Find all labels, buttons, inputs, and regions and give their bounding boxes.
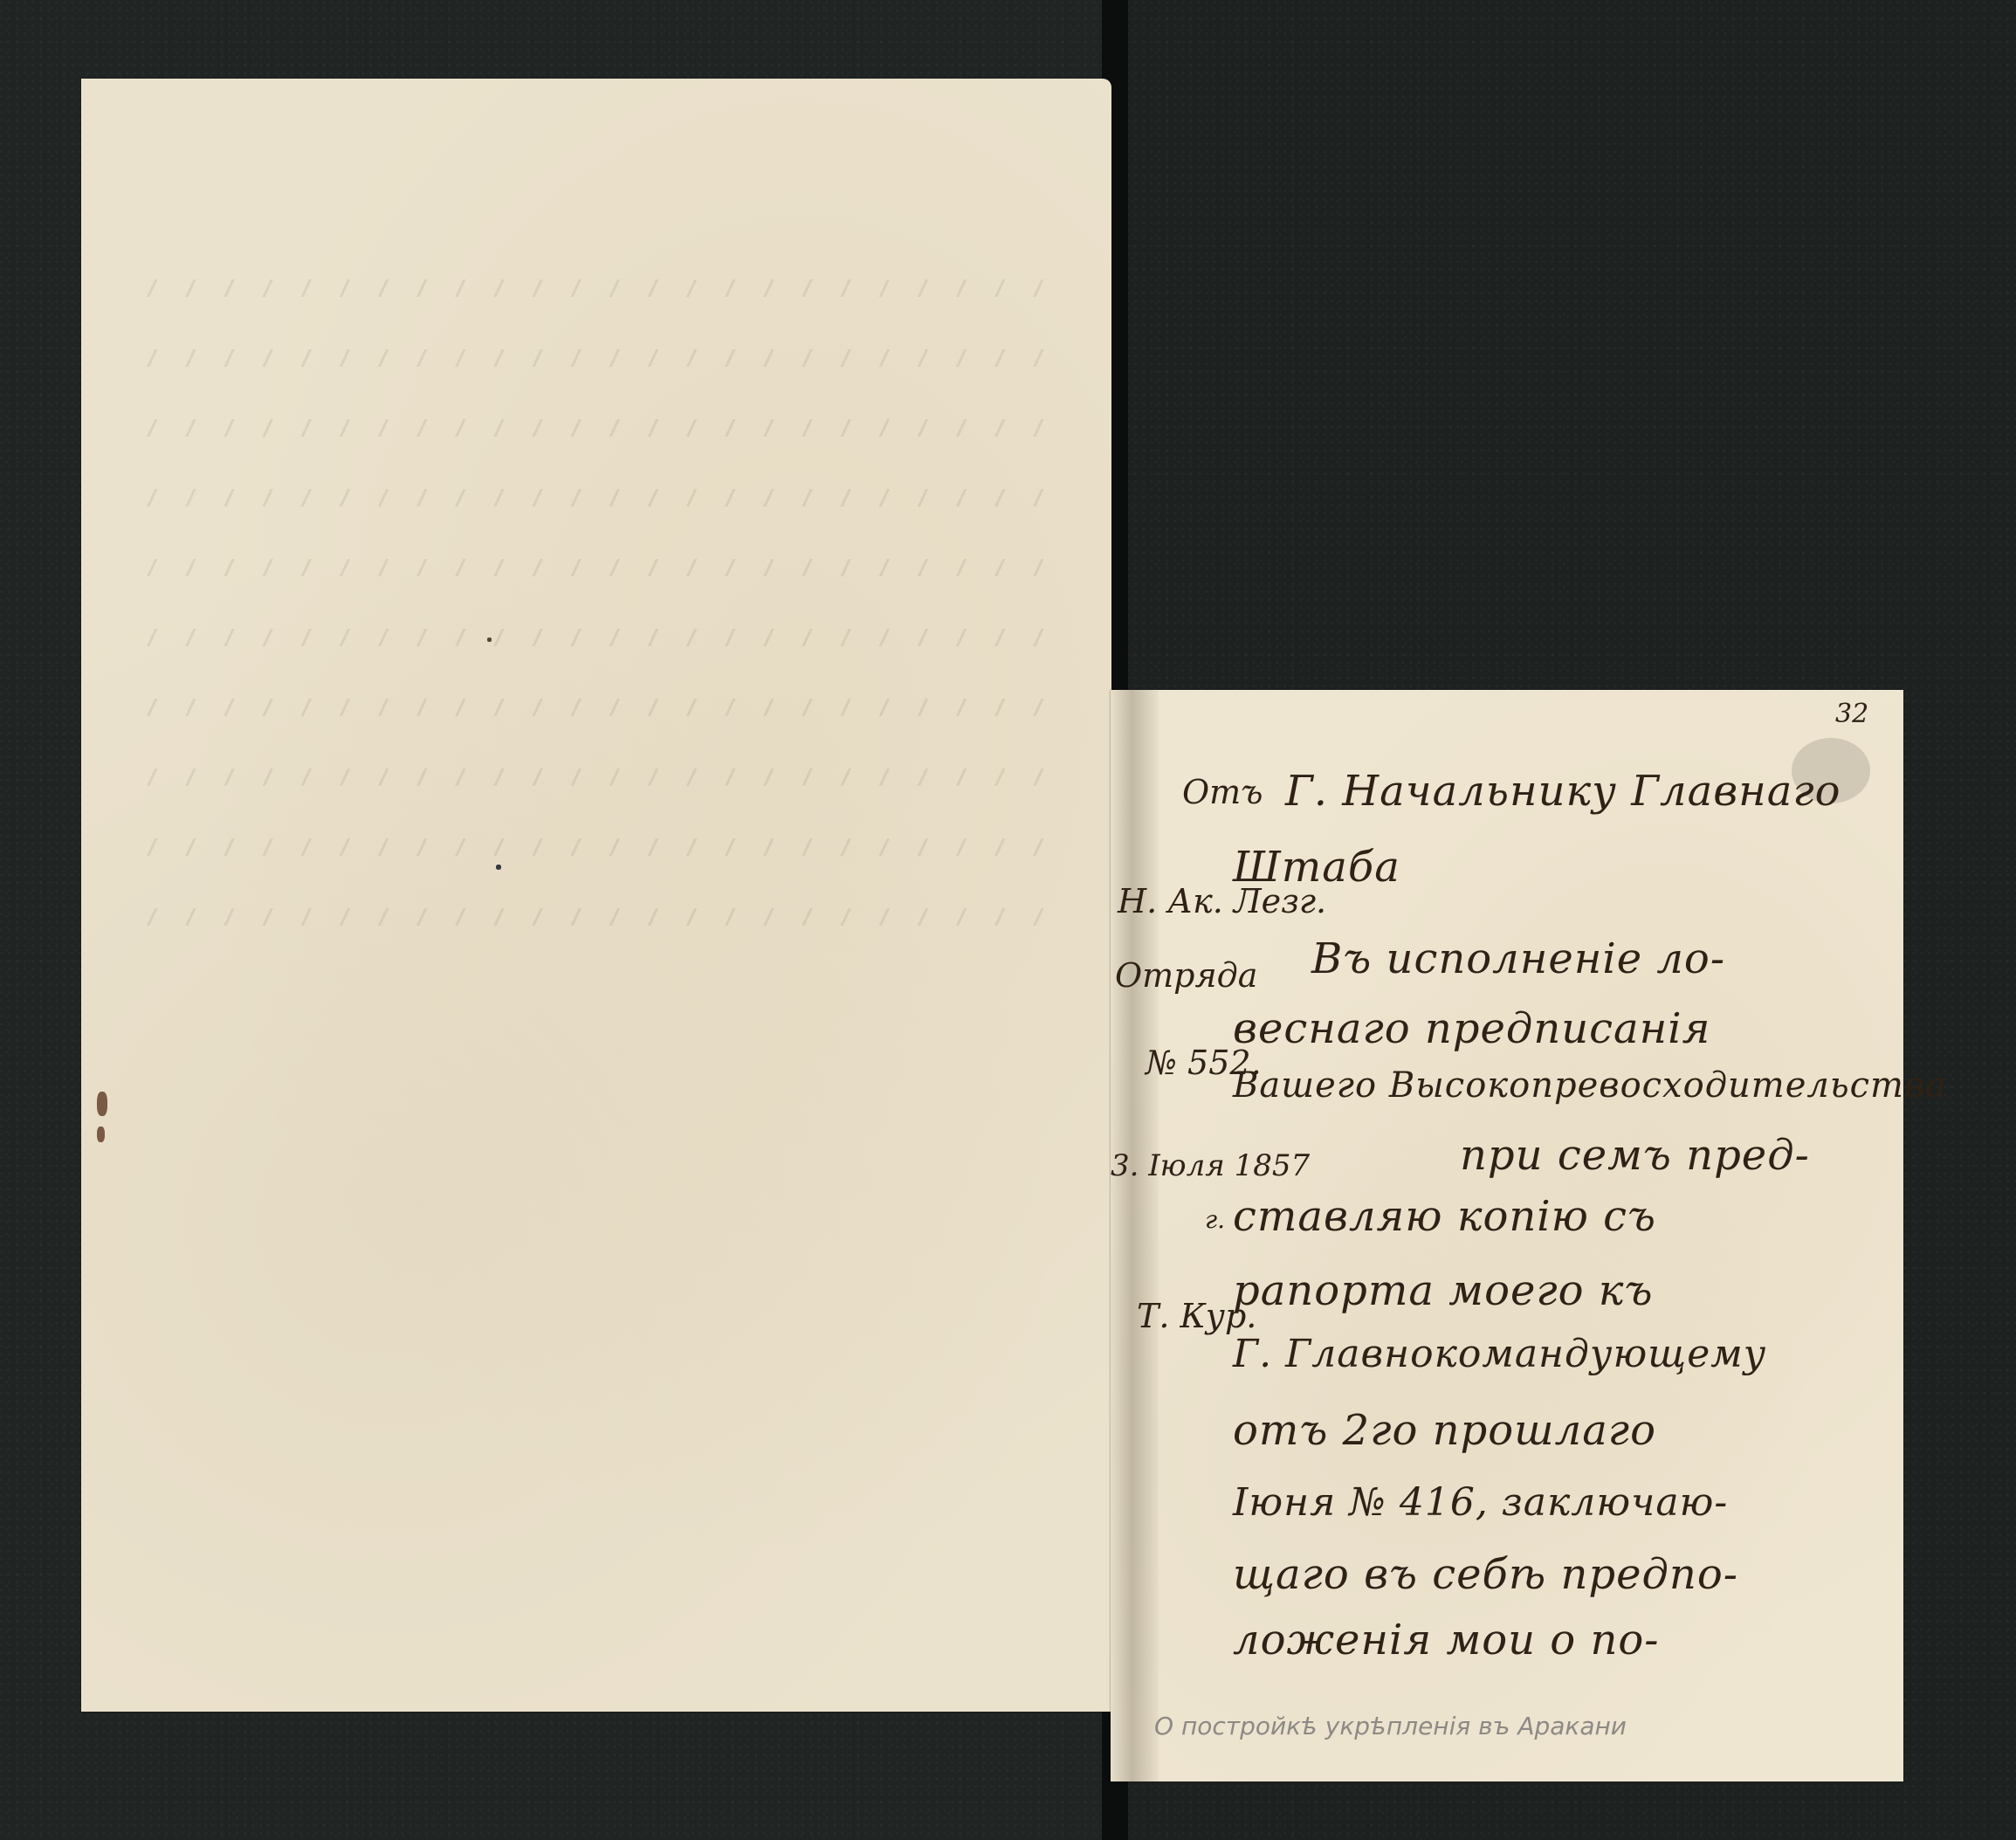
bleed-through <box>134 279 1059 297</box>
margin-note-date: 3. Іюля 1857 <box>1111 1148 1310 1183</box>
body-line: ставляю копію съ <box>1233 1192 1656 1241</box>
body-line: Въ исполненіе ло- <box>1311 934 1725 983</box>
margin-note-detachment: Отряда <box>1115 956 1257 995</box>
pencil-annotation: О постройкѣ укрѣпленія въ Аракани <box>1154 1712 1627 1740</box>
bleed-through <box>134 489 1059 507</box>
body-line: ложенія мои о по- <box>1233 1616 1660 1664</box>
bleed-through <box>134 699 1059 716</box>
body-line: Штаба <box>1233 843 1400 892</box>
recto-page: 32 Отъ Н. Ак. Лезг. Отряда № 552. 3. Іюл… <box>1111 690 1903 1781</box>
body-line: щаго въ себѣ предпо- <box>1233 1550 1738 1599</box>
body-line: при семъ пред- <box>1460 1131 1810 1180</box>
bleed-through <box>134 419 1059 437</box>
verso-page <box>81 79 1111 1712</box>
ink-speck <box>496 865 501 870</box>
body-line: Г. Начальнику Главнаго <box>1285 767 1841 816</box>
ink-blot <box>97 1127 105 1142</box>
body-line: отъ 2го прошлаго <box>1233 1406 1656 1455</box>
bleed-through <box>134 768 1059 786</box>
body-line: рапорта моего къ <box>1233 1266 1653 1315</box>
gutter-shadow <box>1111 690 1159 1781</box>
bleed-through <box>134 838 1059 856</box>
body-line: Іюня № 416, заключаю- <box>1233 1480 1728 1525</box>
bleed-through <box>134 629 1059 646</box>
bleed-through <box>134 559 1059 576</box>
body-line: веснаго предписанія <box>1233 1004 1710 1053</box>
folio-number: 32 <box>1835 699 1868 729</box>
ink-speck <box>487 637 492 642</box>
margin-note-from: Отъ <box>1182 773 1263 811</box>
body-line: Вашего Высокопревосходительства <box>1233 1065 1947 1106</box>
bleed-through <box>134 908 1059 926</box>
ink-blot <box>97 1092 107 1116</box>
bleed-through <box>134 349 1059 367</box>
margin-note-mark: г. <box>1205 1205 1225 1234</box>
body-line: Г. Главнокомандующему <box>1233 1332 1766 1376</box>
